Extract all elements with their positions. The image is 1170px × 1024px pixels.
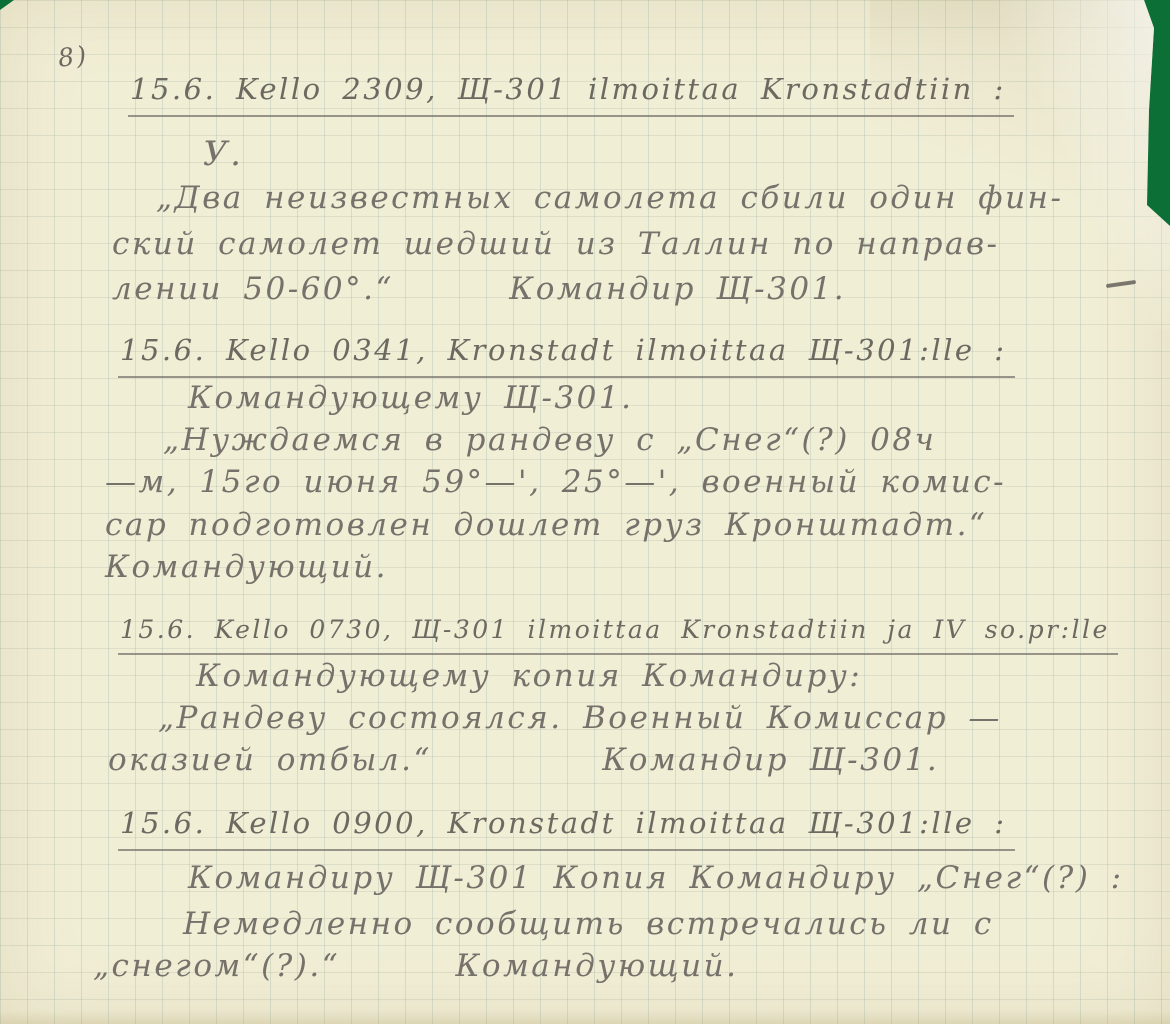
message-text: „снегом“(?).“ bbox=[93, 948, 340, 984]
message-line: „Два неизвестных самолета сбили один фин… bbox=[156, 180, 1063, 216]
message-text: Немедленно сообщить встречались ли с bbox=[183, 906, 994, 942]
stray-pencil-mark bbox=[1106, 280, 1136, 288]
message-text: оказией отбыл.“ bbox=[108, 742, 432, 778]
message-text: „Рандеву состоялся. Военный Комиссар — bbox=[158, 700, 1002, 736]
message-signature: Командующий. bbox=[105, 549, 388, 585]
entry-heading: 15.6. Kello 2309, Щ-301 ilmoittaa Kronst… bbox=[128, 72, 1014, 117]
message-text: —м, 15го июня 59°—', 25°—', военный коми… bbox=[105, 464, 1006, 500]
message-line: Командующий. bbox=[105, 549, 388, 585]
message-line: ский самолет шедший из Таллин по направ- bbox=[112, 226, 1000, 262]
message-text: „Два неизвестных самолета сбили один фин… bbox=[156, 180, 1063, 216]
message-line: сар подготовлен дошлет груз Кронштадт.“ bbox=[105, 507, 987, 543]
entry-addressee: У. bbox=[203, 134, 243, 174]
entry-addressee: Командующему копия Командиру: bbox=[196, 658, 862, 694]
entry-addressee: Командующему Щ-301. bbox=[188, 380, 633, 416]
message-text: сар подготовлен дошлет груз Кронштадт.“ bbox=[105, 507, 987, 543]
message-text: „Нуждаемся в рандеву с „Снег“(?) 08ч bbox=[163, 422, 936, 458]
message-line: оказией отбыл.“ Командир Щ-301. bbox=[108, 742, 939, 778]
message-signature: Командир Щ-301. bbox=[509, 271, 846, 307]
message-line: „Нуждаемся в рандеву с „Снег“(?) 08ч bbox=[163, 422, 936, 458]
page-number: 8) bbox=[56, 40, 90, 73]
message-line: „Рандеву состоялся. Военный Комиссар — bbox=[158, 700, 1002, 736]
entry-heading: 15.6. Kello 0341, Kronstadt ilmoittaa Щ-… bbox=[118, 333, 1015, 378]
paper-sheet: 8) 15.6. Kello 2309, Щ-301 ilmoittaa Kro… bbox=[0, 0, 1170, 1024]
entry-heading: 15.6. Kello 0730, Щ-301 ilmoittaa Kronst… bbox=[118, 615, 1118, 655]
entry-addressee: Командиру Щ-301 Копия Командиру „Снег“(?… bbox=[188, 860, 1124, 896]
message-line: „снегом“(?).“ Командующий. bbox=[93, 948, 738, 984]
paper-bottom-edge bbox=[0, 1010, 1170, 1024]
message-line: Немедленно сообщить встречались ли с bbox=[183, 906, 994, 942]
message-signature: Командир Щ-301. bbox=[602, 742, 939, 778]
entry-heading: 15.6. Kello 0900, Kronstadt ilmoittaa Щ-… bbox=[118, 806, 1015, 851]
scanned-page: 8) 15.6. Kello 2309, Щ-301 ilmoittaa Kro… bbox=[0, 0, 1170, 1024]
message-text: ский самолет шедший из Таллин по направ- bbox=[112, 226, 1000, 262]
message-text: лении 50-60°.“ bbox=[112, 271, 394, 307]
message-line: лении 50-60°.“ Командир Щ-301. bbox=[112, 271, 846, 307]
message-line: —м, 15го июня 59°—', 25°—', военный коми… bbox=[105, 464, 1006, 500]
message-signature: Командующий. bbox=[455, 948, 738, 984]
